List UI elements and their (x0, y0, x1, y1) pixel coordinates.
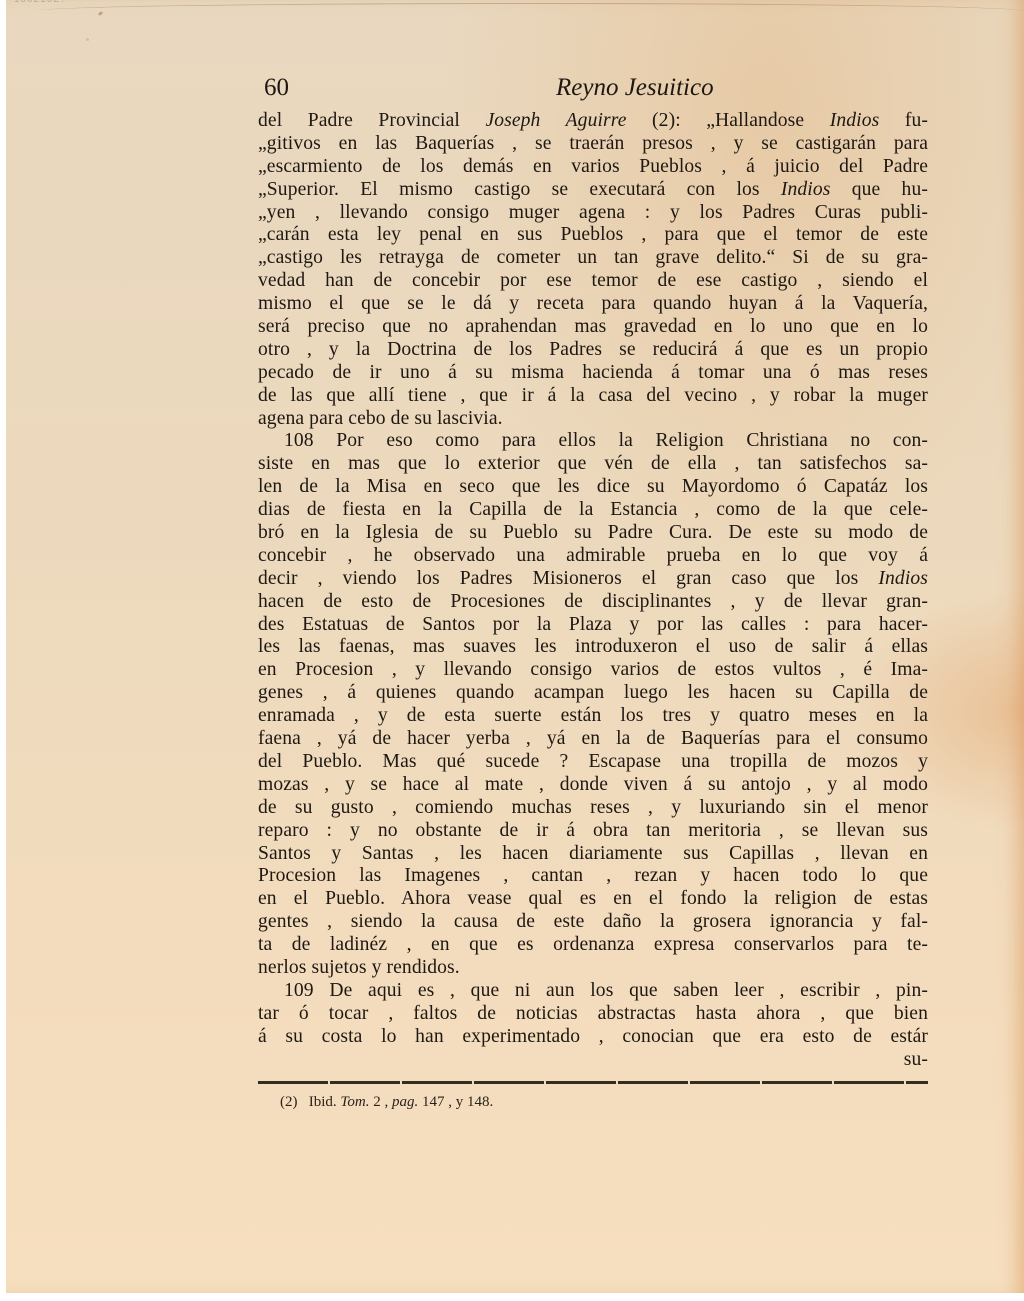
footnote-marker: (2) (280, 1094, 298, 1110)
text-line: „Superior. El mismo castigo se executará… (258, 179, 928, 202)
text-line: decir , viendo los Padres Misioneros el … (258, 568, 928, 591)
footnote-pag-label: pag. (392, 1094, 418, 1110)
text-line: len de la Misa en seco que les dice su M… (258, 476, 928, 499)
text-line: „carán esta ley penal en sus Pueblos , p… (258, 224, 928, 247)
text-line: les las faenas, mas suaves les introduxe… (258, 636, 928, 659)
text-line: „escarmiento de los demás en varios Pueb… (258, 156, 928, 179)
ink-speck (86, 38, 89, 41)
text-line: hacen de esto de Procesiones de discipli… (258, 591, 928, 614)
text-line: mismo el que se le dá y receta para quan… (258, 293, 928, 316)
text-line: des Estatuas de Santos por la Plaza y po… (258, 614, 928, 637)
text-line: concebir , he observado una admirable pr… (258, 545, 928, 568)
text-line: mozas , y se hace al mate , donde viven … (258, 774, 928, 797)
text-line: vedad han de concebir por ese temor de e… (258, 270, 928, 293)
text-line: en el Pueblo. Ahora vease qual es en el … (258, 888, 928, 911)
footnote-tom-label: Tom. (340, 1094, 369, 1110)
scan-label: 1002102? (14, 0, 67, 5)
text-line: dias de fiesta en la Capilla de la Estan… (258, 499, 928, 522)
page-number: 60 (264, 74, 289, 102)
page-edge-crease (36, 3, 1024, 16)
text-line: reparo : y no obstante de ir á obra tan … (258, 820, 928, 843)
text-line: „gitivos en las Baquerías , se traerán p… (258, 133, 928, 156)
text-line: en Procesion , y llevando consigo varios… (258, 659, 928, 682)
running-head: 60 Reyno Jesuitico (258, 74, 928, 110)
text-line: su- (258, 1049, 928, 1072)
text-line: siste en mas que lo exterior que vén de … (258, 453, 928, 476)
text-line: „yen , llevando consigo muger agena : y … (258, 202, 928, 225)
footnote: (2) Ibid. Tom. 2 , pag. 147 , y 148. (258, 1092, 928, 1112)
text-line: 109 De aqui es , que ni aun los que sabe… (258, 980, 928, 1003)
text-line: pecado de ir uno á su misma hacienda á t… (258, 362, 928, 385)
text-line: de las que allí tiene , que ir á la casa… (258, 385, 928, 408)
text-line: agena para cebo de su lascivia. (258, 408, 928, 431)
text-line: del Pueblo. Mas qué sucede ? Escapase un… (258, 751, 928, 774)
text-line: Santos y Santas , les hacen diariamente … (258, 843, 928, 866)
text-line: de su gusto , comiendo muchas reses , y … (258, 797, 928, 820)
text-line: genes , á quienes quando acampan luego l… (258, 682, 928, 705)
text-line: otro , y la Doctrina de los Padres se re… (258, 339, 928, 362)
running-title: Reyno Jesuitico (556, 74, 714, 102)
text-line: del Padre Provincial Joseph Aguirre (2):… (258, 110, 928, 133)
text-line: nerlos sujetos y rendidos. (258, 957, 928, 980)
footnote-rule (258, 1081, 928, 1084)
text-line: tar ó tocar , faltos de noticias abstrac… (258, 1003, 928, 1026)
text-line: 108 Por eso como para ellos la Religion … (258, 430, 928, 453)
text-line: ta de ladinéz , en que es ordenanza expr… (258, 934, 928, 957)
text-line: bró en la Iglesia de su Pueblo su Padre … (258, 522, 928, 545)
footnote-ref: Ibid. (309, 1094, 337, 1110)
text-line: á su costa lo han experimentado , conoci… (258, 1026, 928, 1049)
text-line: enramada , y de esta suerte están los tr… (258, 705, 928, 728)
page-text-block: 60 Reyno Jesuitico del Padre Provincial … (258, 74, 928, 1112)
footnote-pages: 147 , y 148. (422, 1094, 493, 1110)
text-line: gentes , siendo la causa de este daño la… (258, 911, 928, 934)
text-line: será preciso que no aprahendan mas grave… (258, 316, 928, 339)
text-line: faena , yá de hacer yerba , yá en la de … (258, 728, 928, 751)
body-text: del Padre Provincial Joseph Aguirre (2):… (258, 110, 928, 1071)
footnote-tom-value: 2 , (373, 1094, 388, 1110)
text-line: „castigo les retrayga de cometer un tan … (258, 247, 928, 270)
text-line: Procesion las Imagenes , cantan , rezan … (258, 865, 928, 888)
